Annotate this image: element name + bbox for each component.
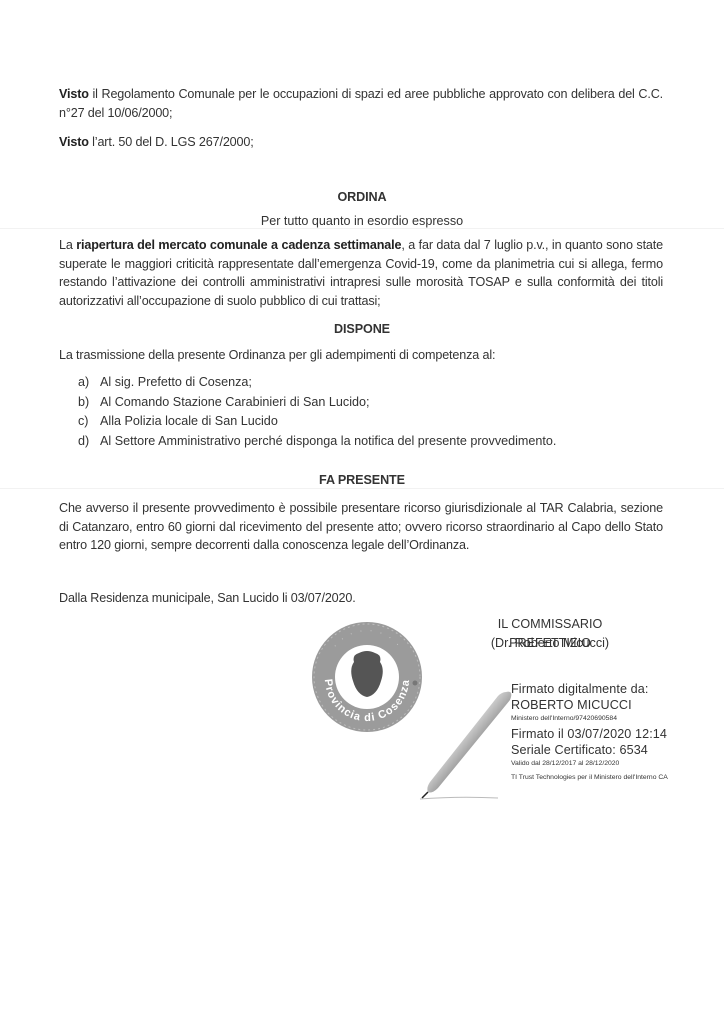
scan-artifact (0, 488, 724, 489)
municipal-seal-icon: Provincia di Cosenza · · · · · · · · (307, 617, 427, 737)
list-item-label: a) (78, 373, 100, 393)
pen-icon (418, 680, 518, 800)
certificate-authority: TI Trust Technologies per il Ministero d… (511, 769, 668, 786)
visto-label: Visto (59, 135, 89, 149)
ordina-subheading: Per tutto quanto in esordio espresso (0, 214, 724, 228)
list-item-label: b) (78, 393, 100, 413)
visto-regolamento-text: il Regolamento Comunale per le occupazio… (59, 87, 663, 120)
ordina-lead: La (59, 238, 76, 252)
list-item: b)Al Comando Stazione Carabinieri di San… (78, 393, 638, 413)
dispone-heading: DISPONE (0, 322, 724, 336)
visto-regolamento-paragraph: Visto il Regolamento Comunale per le occ… (59, 85, 663, 122)
dispone-intro: La trasmissione della presente Ordinanza… (59, 346, 663, 365)
ordina-heading: ORDINA (0, 190, 724, 204)
list-item-label: d) (78, 432, 100, 452)
dispone-recipient-list: a)Al sig. Prefetto di Cosenza; b)Al Coma… (78, 373, 638, 451)
ordina-paragraph: La riapertura del mercato comunale a cad… (59, 236, 663, 310)
signed-by-label: Firmato digitalmente da: (511, 681, 668, 697)
list-item-text: Al sig. Prefetto di Cosenza; (100, 373, 252, 393)
digital-signature-block: Firmato digitalmente da: ROBERTO MICUCCI… (511, 681, 668, 786)
list-item: c)Alla Polizia locale di San Lucido (78, 412, 638, 432)
list-item-text: Alla Polizia locale di San Lucido (100, 412, 278, 432)
signer-organization: Ministero dell'Interno/97420690584 (511, 713, 668, 724)
document-page: Visto il Regolamento Comunale per le occ… (0, 0, 724, 1024)
certificate-serial: Seriale Certificato: 6534 (511, 742, 668, 758)
list-item: a)Al sig. Prefetto di Cosenza; (78, 373, 638, 393)
signature-datetime: Firmato il 03/07/2020 12:14 (511, 726, 668, 742)
list-item-label: c) (78, 412, 100, 432)
certificate-validity: Valido dal 28/12/2017 al 28/12/2020 (511, 758, 668, 769)
list-item: d)Al Settore Amministrativo perché dispo… (78, 432, 638, 452)
place-date: Dalla Residenza municipale, San Lucido l… (59, 589, 559, 608)
ordina-bold-text: riapertura del mercato comunale a cadenz… (76, 238, 401, 252)
scan-artifact (0, 228, 724, 229)
signer-name: ROBERTO MICUCCI (511, 697, 668, 713)
signatory-name: (Dr. Roberto Micucci) (470, 634, 630, 653)
visto-label: Visto (59, 87, 89, 101)
visto-art50-paragraph: Visto l’art. 50 del D. LGS 267/2000; (59, 133, 663, 152)
fa-presente-heading: FA PRESENTE (0, 473, 724, 487)
fa-presente-paragraph: Che avverso il presente provvedimento è … (59, 499, 663, 555)
list-item-text: Al Settore Amministrativo perché dispong… (100, 432, 556, 452)
list-item-text: Al Comando Stazione Carabinieri di San L… (100, 393, 370, 413)
visto-art50-text: l’art. 50 del D. LGS 267/2000; (89, 135, 254, 149)
